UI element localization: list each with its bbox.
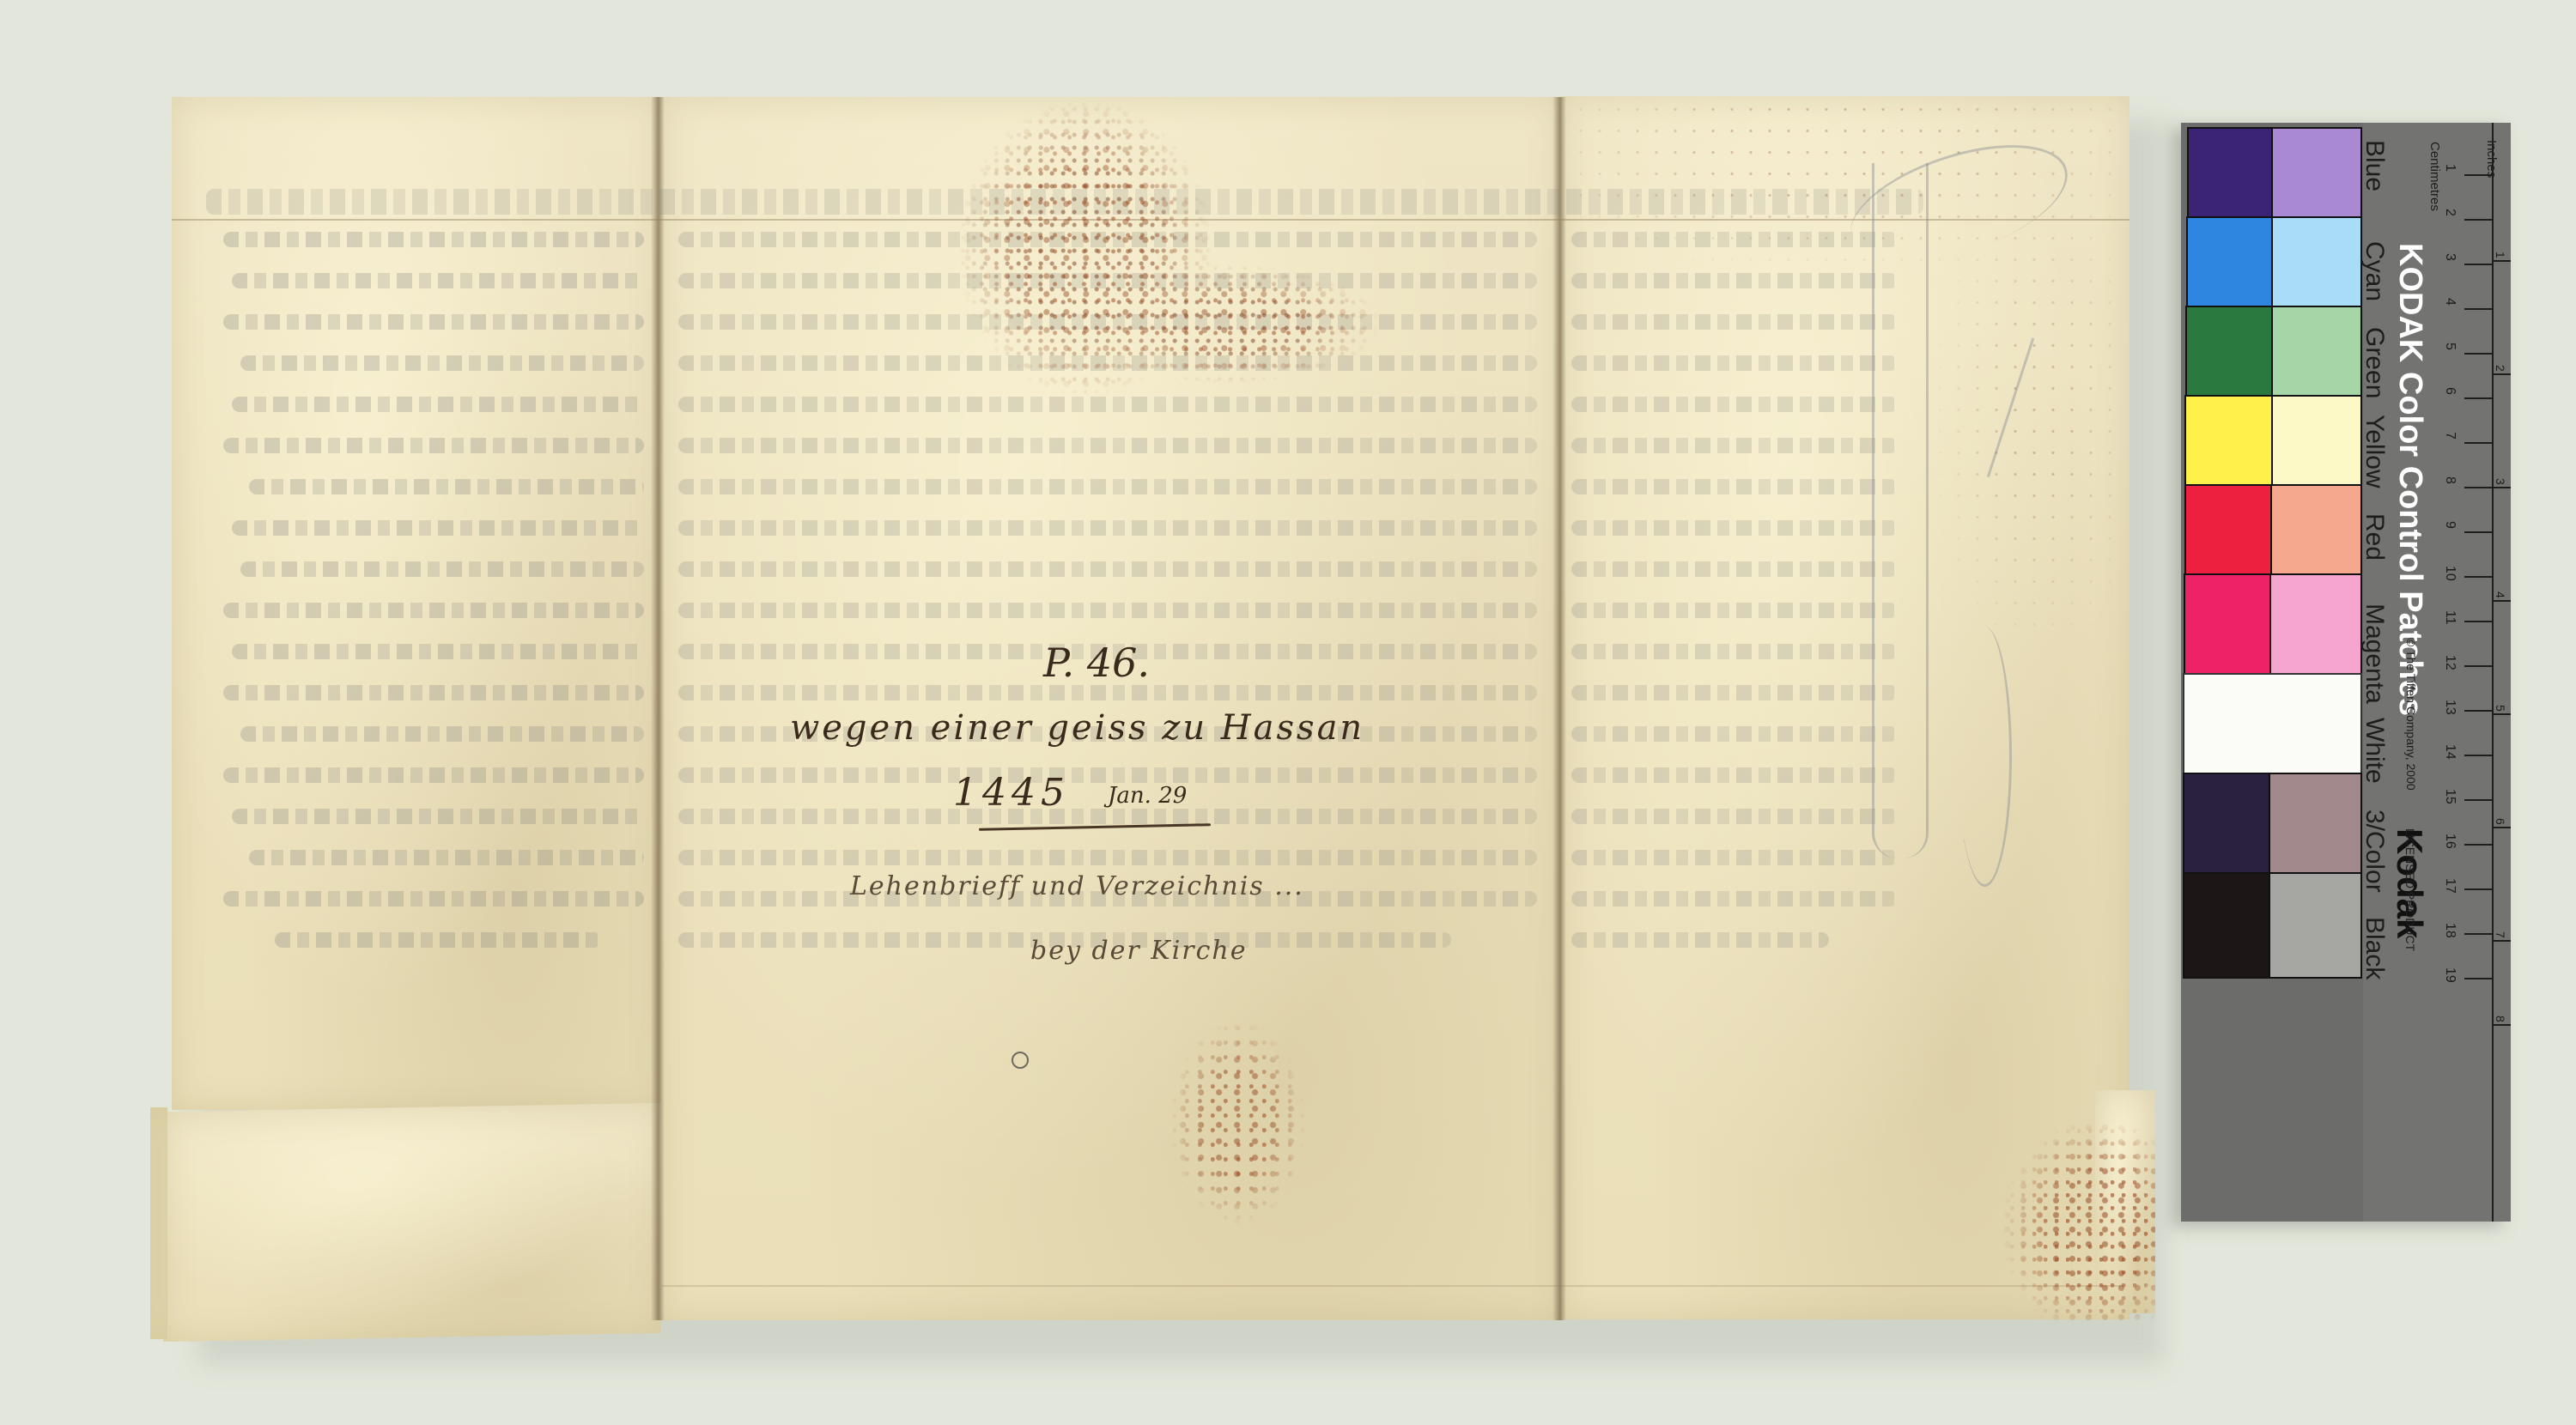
patch-3color-dark (2183, 773, 2270, 874)
note-line-2: bey der Kirche (1030, 936, 1248, 966)
cm-tick-label: 8 (2442, 476, 2458, 484)
horizontal-fold-bottom (661, 1285, 2121, 1287)
small-ring-mark (1012, 1052, 1029, 1069)
cm-tick-label: 6 (2442, 387, 2458, 395)
pencil-curve-drawing (1958, 627, 2012, 887)
patch-3color-light (2269, 773, 2362, 874)
patch-blue-dark (2187, 127, 2273, 218)
card-copyright: © The Tiffen Company, 2000 (2404, 638, 2418, 791)
kodak-color-control-card: Blue Cyan Green Yellow Red Magenta White… (2181, 123, 2511, 1222)
cm-tick-label: 14 (2442, 744, 2458, 760)
card-licensed-product: LICENSED PRODUCT (2403, 828, 2417, 951)
ruler: 1 2 3 4 5 6 7 8 9 10 11 12 13 14 15 16 1… (2464, 123, 2511, 1222)
patch-label-magenta: Magenta (2360, 603, 2389, 704)
inch-tick-label: 7 (2494, 931, 2507, 938)
patch-yellow-light (2271, 395, 2362, 486)
cm-tick-label: 5 (2442, 343, 2458, 350)
patch-red-light (2270, 484, 2362, 575)
cm-tick-label: 16 (2442, 834, 2458, 849)
foxing-stain-bottom-right (1932, 1090, 2155, 1322)
cm-tick-label: 10 (2442, 566, 2458, 581)
cm-tick-label: 15 (2442, 789, 2458, 804)
patch-label-black: Black (2360, 917, 2389, 979)
patch-green-dark (2185, 306, 2273, 397)
cm-tick-label: 11 (2442, 610, 2458, 625)
patch-magenta-light (2269, 573, 2362, 675)
note-line-1: Lehenbrieff und Verzeichnis ... (850, 871, 1304, 901)
inch-tick-label: 3 (2494, 478, 2507, 485)
date-year-note: 1445 (953, 771, 1070, 815)
vertical-fold-right (1552, 97, 1566, 1320)
patch-black (2183, 872, 2270, 979)
inch-tick-label: 5 (2494, 705, 2507, 712)
patch-label-cyan: Cyan (2360, 241, 2389, 301)
patch-red-dark (2184, 484, 2272, 575)
inch-tick-label: 6 (2494, 818, 2507, 825)
inch-tick-label: 2 (2494, 365, 2507, 372)
patch-blue-light (2271, 127, 2362, 218)
left-flap-edge (150, 1107, 167, 1339)
patch-yellow-dark (2184, 395, 2273, 486)
patch-label-green: Green (2360, 327, 2389, 398)
show-through-text-left (223, 232, 653, 1004)
inch-tick-label: 1 (2494, 252, 2507, 258)
cm-tick-label: 2 (2442, 209, 2458, 216)
shelfmark-note: P. 46. (1043, 640, 1150, 686)
patch-white (2183, 673, 2362, 774)
patch-cyan-light (2271, 216, 2362, 307)
title-note: wegen einer geiss zu Hassan (790, 708, 1364, 748)
cm-tick-label: 17 (2442, 878, 2458, 894)
inch-tick-label: 8 (2494, 1016, 2507, 1022)
cm-tick-label: 19 (2442, 967, 2458, 983)
patch-label-white: White (2360, 718, 2389, 784)
patch-cyan-dark (2186, 216, 2273, 307)
foxing-stain-bottom-center (1082, 953, 1365, 1236)
patch-magenta-dark (2184, 573, 2271, 675)
ruler-baseline (2492, 123, 2494, 1222)
cm-tick-label: 1 (2442, 164, 2458, 172)
inch-tick-label: 4 (2494, 591, 2507, 598)
patch-label-3color: 3/Color (2360, 810, 2389, 893)
cm-tick-label: 3 (2442, 253, 2458, 261)
cm-tick-label: 13 (2442, 700, 2458, 715)
cm-tick-label: 18 (2442, 923, 2458, 938)
date-day-note: Jan. 29 (1108, 783, 1187, 809)
patch-label-blue: Blue (2360, 140, 2389, 191)
patch-green-light (2271, 306, 2362, 397)
patch-label-yellow: Yellow (2360, 415, 2389, 488)
cm-tick-label: 9 (2442, 521, 2458, 529)
vertical-fold-left (651, 97, 665, 1320)
left-bottom-flap (163, 1103, 661, 1342)
patch-gray (2269, 872, 2362, 979)
cm-tick-label: 12 (2442, 655, 2458, 670)
foxing-speckle-top-right (1571, 99, 2121, 631)
patch-label-red: Red (2360, 513, 2389, 561)
foxing-stain-top-center (936, 86, 1468, 446)
ruler-cm-label: Centimetres (2427, 142, 2442, 211)
cm-tick-label: 7 (2442, 432, 2458, 440)
cm-tick-label: 4 (2442, 298, 2458, 306)
